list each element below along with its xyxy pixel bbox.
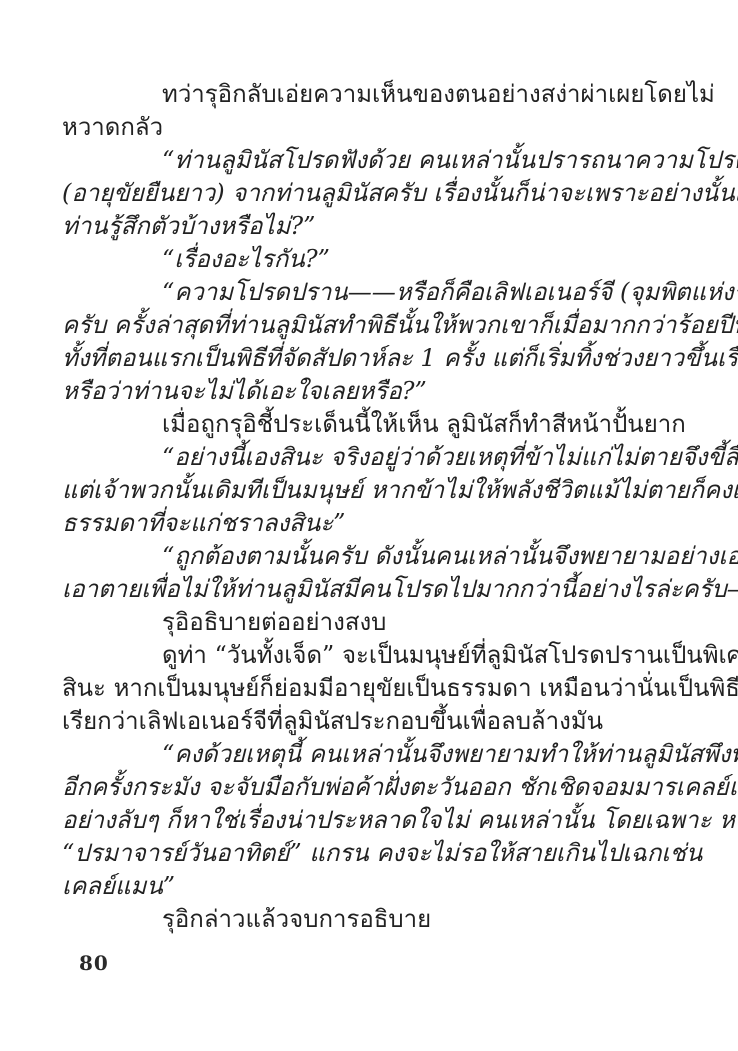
dialogue-line: “อย่างนี้เองสินะ จริงอยู่ว่าด้วยเหตุที่ข… xyxy=(62,441,682,474)
dialogue-line: อย่างลับๆ ก็หาใช่เรื่องน่าประหลาดใจไม่ ค… xyxy=(62,804,682,837)
book-page: ทว่ารุอิกลับเอ่ยความเห็นของตนอย่างสง่าผ่… xyxy=(0,0,738,1051)
dialogue-line: “ความโปรดปราน——หรือก็คือเลิฟเอเนอร์จี (จ… xyxy=(62,276,682,309)
dialogue-line: เคลย์แมน” xyxy=(62,870,682,903)
dialogue-line: “เรื่องอะไรกัน?” xyxy=(62,243,682,276)
narration-line: สินะ หากเป็นมนุษย์ก็ย่อมมีอายุขัยเป็นธรร… xyxy=(62,672,682,705)
dialogue-line: แต่เจ้าพวกนั้นเดิมทีเป็นมนุษย์ หากข้าไม่… xyxy=(62,474,682,507)
dialogue-line: หรือว่าท่านจะไม่ได้เอะใจเลยหรือ?” xyxy=(62,375,682,408)
dialogue-line: ท่านรู้สึกตัวบ้างหรือไม่?” xyxy=(62,210,682,243)
narration-line: เมื่อถูกรุอิชี้ประเด็นนี้ให้เห็น ลูมินัส… xyxy=(62,408,682,441)
dialogue-line: ครับ ครั้งล่าสุดที่ท่านลูมินัสทำพิธีนั้น… xyxy=(62,309,682,342)
page-text: ทว่ารุอิกลับเอ่ยความเห็นของตนอย่างสง่าผ่… xyxy=(62,78,682,936)
dialogue-line: ธรรมดาที่จะแก่ชราลงสินะ” xyxy=(62,507,682,540)
narration-line: รุอิอธิบายต่ออย่างสงบ xyxy=(62,606,682,639)
narration-line: ดูท่า “วันทั้งเจ็ด” จะเป็นมนุษย์ที่ลูมิน… xyxy=(62,639,682,672)
dialogue-line: “ปรมาจารย์วันอาทิตย์” แกรน คงจะไม่รอให้ส… xyxy=(62,837,682,870)
dialogue-line: อีกครั้งกระมัง จะจับมือกับพ่อค้าฝั่งตะวั… xyxy=(62,771,682,804)
dialogue-line: ทั้งที่ตอนแรกเป็นพิธีที่จัดสัปดาห์ละ 1 ค… xyxy=(62,342,682,375)
dialogue-line: เอาตายเพื่อไม่ให้ท่านลูมินัสมีคนโปรดไปมา… xyxy=(62,573,682,606)
dialogue-line: “ถูกต้องตามนั้นครับ ดังนั้นคนเหล่านั้นจึ… xyxy=(62,540,682,573)
narration-line: รุอิกล่าวแล้วจบการอธิบาย xyxy=(62,903,682,936)
dialogue-line: (อายุขัยยืนยาว) จากท่านลูมินัสครับ เรื่อ… xyxy=(62,177,682,210)
narration-line: หวาดกลัว xyxy=(62,111,682,144)
page-number: 80 xyxy=(79,951,109,975)
narration-line: เรียกว่าเลิฟเอเนอร์จีที่ลูมินัสประกอบขึ้… xyxy=(62,705,682,738)
dialogue-line: “คงด้วยเหตุนี้ คนเหล่านั้นจึงพยายามทำให้… xyxy=(62,738,682,771)
dialogue-line: “ท่านลูมินัสโปรดฟังด้วย คนเหล่านั้นปรารถ… xyxy=(62,144,682,177)
narration-line: ทว่ารุอิกลับเอ่ยความเห็นของตนอย่างสง่าผ่… xyxy=(62,78,682,111)
